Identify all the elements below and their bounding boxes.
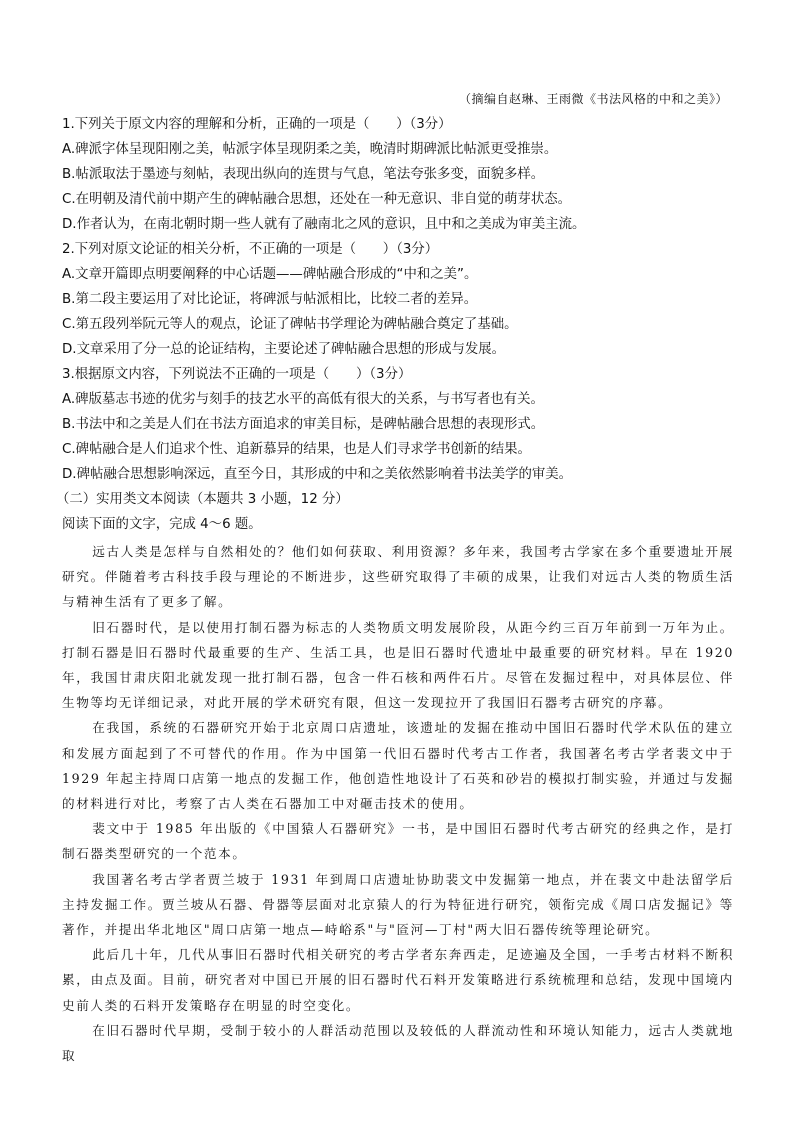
- question-3-option-a: A.碑版墓志书迹的优劣与刻手的技艺水平的高低有很大的关系，与书写者也有关。: [62, 390, 544, 410]
- question-3-option-d: D.碑帖融合思想影响深远，直至今日，其形成的中和之美依然影响着书法美学的审美。: [62, 465, 572, 485]
- passage-paragraph-4: 裴文中于 1985 年出版的《中国猿人石器研究》一书，是中国旧石器时代考古研究的…: [62, 816, 734, 866]
- reading-passage: 远古人类是怎样与自然相处的？他们如何获取、利用资源？多年来，我国考古学家在多个重…: [62, 539, 734, 1068]
- passage-paragraph-7: 在旧石器时代早期，受制于较小的人群活动范围以及较低的人群流动性和环境认知能力，远…: [62, 1018, 734, 1068]
- question-1-option-b: B.帖派取法于墨迹与刻帖，表现出纵向的连贯与气息，笔法夸张多变，面貌多样。: [62, 165, 544, 185]
- question-1-option-d: D.作者认为，在南北朝时期一些人就有了融南北之风的意识，且中和之美成为审美主流。: [62, 215, 585, 235]
- exam-page: （摘编自赵琳、王雨微《书法风格的中和之美》） 1.下列关于原文内容的理解和分析，…: [0, 0, 794, 1123]
- question-1-option-c: C.在明朝及清代前中期产生的碑帖融合思想，还处在一种无意识、非自觉的萌芽状态。: [62, 190, 571, 210]
- question-3-option-b: B.书法中和之美是人们在书法方面追求的审美目标，是碑帖融合思想的表现形式。: [62, 415, 544, 435]
- question-3-option-c: C.碑帖融合是人们追求个性、追新慕异的结果，也是人们寻求学书创新的结果。: [62, 440, 531, 460]
- question-2-stem: 2.下列对原文论证的相关分析，不正确的一项是（ ）（3分）: [62, 240, 438, 260]
- section-instruction: 阅读下面的文字，完成 4～6 题。: [62, 515, 262, 535]
- question-1-stem: 1.下列关于原文内容的理解和分析，正确的一项是（ ）（3分）: [62, 115, 452, 135]
- question-2-option-c: C.第五段列举阮元等人的观点，论证了碑帖书学理论为碑帖融合奠定了基础。: [62, 315, 518, 335]
- passage-paragraph-2: 旧石器时代，是以使用打制石器为标志的人类物质文明发展阶段，从距今约三百万年前到一…: [62, 615, 734, 716]
- question-2-option-a: A.文章开篇即点明要阐释的中心话题——碑帖融合形成的“中和之美”。: [62, 265, 477, 285]
- question-1-option-a: A.碑派字体呈现阳刚之美，帖派字体呈现阴柔之美，晚清时期碑派比帖派更受推崇。: [62, 140, 557, 160]
- passage-paragraph-3: 在我国，系统的石器研究开始于北京周口店遗址，该遗址的发掘在推动中国旧石器时代学术…: [62, 715, 734, 816]
- source-citation: （摘编自赵琳、王雨微《书法风格的中和之美》）: [459, 90, 728, 107]
- passage-paragraph-5: 我国著名考古学者贾兰坡于 1931 年到周口店遗址协助裴文中发掘第一地点，并在裴…: [62, 867, 734, 943]
- passage-paragraph-6: 此后几十年，几代从事旧石器时代相关研究的考古学者东奔西走，足迹遍及全国，一手考古…: [62, 942, 734, 1018]
- section-heading: （二）实用类文本阅读（本题共 3 小题，12 分）: [56, 490, 349, 510]
- question-3-stem: 3.根据原文内容，下列说法不正确的一项是（ ）（3分）: [62, 365, 411, 385]
- passage-paragraph-1: 远古人类是怎样与自然相处的？他们如何获取、利用资源？多年来，我国考古学家在多个重…: [62, 539, 734, 615]
- question-2-option-b: B.第二段主要运用了对比论证，将碑派与帖派相比，比较二者的差异。: [62, 290, 477, 310]
- question-2-option-d: D.文章采用了分一总的论证结构，主要论述了碑帖融合思想的形成与发展。: [62, 340, 505, 360]
